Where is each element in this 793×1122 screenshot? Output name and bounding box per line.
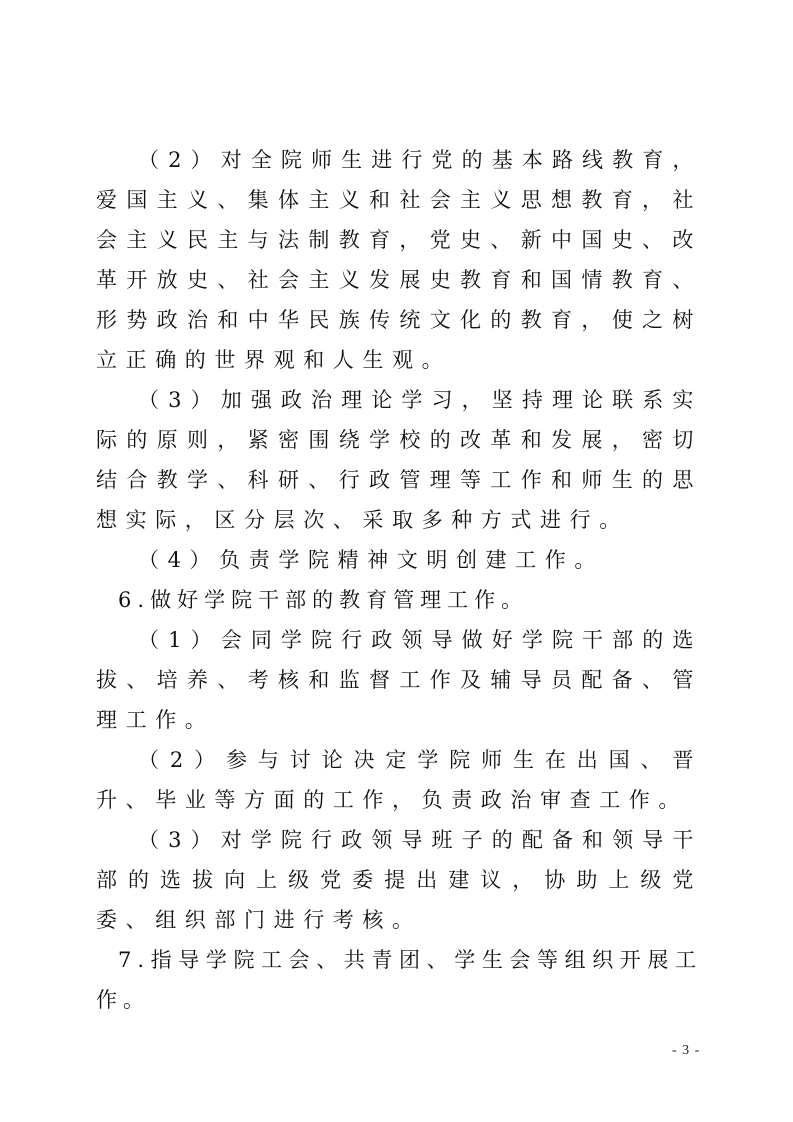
heading-guide-organizations: 7.指导学院工会、共青团、学生会等组织开展工作。 — [96, 940, 702, 1020]
paragraph-political-review: （2）参与讨论决定学院师生在出国、晋升、毕业等方面的工作，负责政治审查工作。 — [96, 740, 702, 820]
paragraph-spiritual-civilization: （4）负责学院精神文明创建工作。 — [96, 540, 702, 580]
paragraph-leadership-recommendation: （3）对学院行政领导班子的配备和领导干部的选拔向上级党委提出建议，协助上级党委、… — [96, 820, 702, 940]
page-number: - 3 - — [672, 1043, 700, 1059]
document-page: （2）对全院师生进行党的基本路线教育，爱国主义、集体主义和社会主义思想教育，社会… — [0, 0, 793, 1122]
document-body: （2）对全院师生进行党的基本路线教育，爱国主义、集体主义和社会主义思想教育，社会… — [96, 140, 702, 1020]
paragraph-cadre-selection: （1）会同学院行政领导做好学院干部的选拔、培养、考核和监督工作及辅导员配备、管理… — [96, 620, 702, 740]
paragraph-theory-study: （3）加强政治理论学习，坚持理论联系实际的原则，紧密围绕学校的改革和发展，密切结… — [96, 380, 702, 540]
heading-cadre-management: 6.做好学院干部的教育管理工作。 — [96, 580, 702, 620]
paragraph-political-education: （2）对全院师生进行党的基本路线教育，爱国主义、集体主义和社会主义思想教育，社会… — [96, 140, 702, 380]
